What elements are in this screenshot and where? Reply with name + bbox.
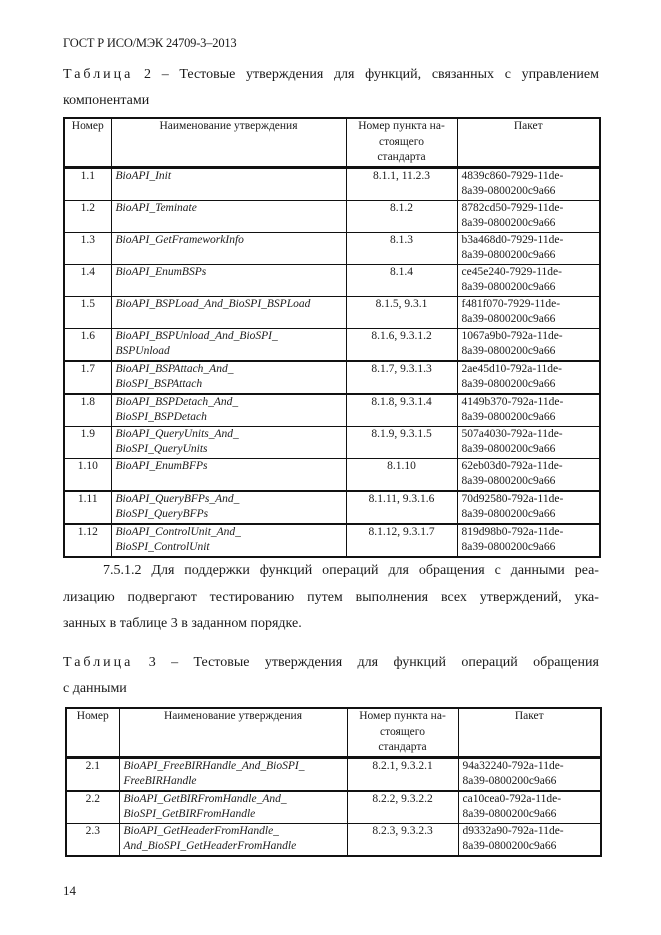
cell-assertion-name: BioAPI_GetHeaderFromHandle_And_BioSPI_Ge… bbox=[119, 823, 347, 856]
cell-package: 94a32240-792a-11de-8a39-0800200c9a66 bbox=[458, 757, 601, 791]
caption-word: для bbox=[334, 62, 355, 88]
cell-clause: 8.1.2 bbox=[346, 200, 457, 232]
word: функций bbox=[260, 558, 313, 585]
table-2-caption-line-2: компонентами bbox=[63, 88, 599, 114]
word: утверждений, bbox=[480, 585, 562, 612]
caption-word: для bbox=[358, 650, 379, 676]
table-row: 1.7BioAPI_BSPAttach_And_BioSPI_BSPAttach… bbox=[64, 361, 600, 394]
table-row: 1.3BioAPI_GetFrameworkInfo8.1.3b3a468d0-… bbox=[64, 232, 600, 264]
paragraph-7-5-1-2: 7.5.1.2Дляподдержкифункцийоперацийдляобр… bbox=[63, 558, 599, 638]
cell-number: 1.2 bbox=[64, 200, 111, 232]
col-header-number: Номер bbox=[64, 118, 111, 167]
col-header-package: Пакет bbox=[457, 118, 600, 167]
word: тестированию bbox=[210, 585, 295, 612]
table-row: 1.1BioAPI_Init8.1.1, 11.2.34839c860-7929… bbox=[64, 167, 600, 200]
word: подвергают bbox=[128, 585, 197, 612]
cell-number: 1.10 bbox=[64, 458, 111, 491]
table-row: 1.12BioAPI_ControlUnit_And_BioSPI_Contro… bbox=[64, 524, 600, 557]
cell-number: 1.11 bbox=[64, 491, 111, 524]
cell-assertion-name: BioAPI_QueryUnits_And_BioSPI_QueryUnits bbox=[111, 426, 346, 458]
cell-assertion-name: BioAPI_QueryBFPs_And_BioSPI_QueryBFPs bbox=[111, 491, 346, 524]
cell-number: 2.3 bbox=[66, 823, 119, 856]
caption-word: связанных bbox=[432, 62, 494, 88]
word: для bbox=[388, 558, 409, 585]
col-header-clause: Номер пункта на- стоящего стандарта bbox=[346, 118, 457, 167]
cell-clause: 8.1.7, 9.3.1.3 bbox=[346, 361, 457, 394]
cell-clause: 8.1.12, 9.3.1.7 bbox=[346, 524, 457, 557]
cell-assertion-name: BioAPI_BSPAttach_And_BioSPI_BSPAttach bbox=[111, 361, 346, 394]
cell-assertion-name: BioAPI_BSPDetach_And_BioSPI_BSPDetach bbox=[111, 394, 346, 427]
caption-label: Таблица bbox=[63, 650, 133, 676]
cell-package: 2ae45d10-792a-11de-8a39-0800200c9a66 bbox=[457, 361, 600, 394]
cell-package: ce45e240-7929-11de-8a39-0800200c9a66 bbox=[457, 264, 600, 296]
word: выполнения bbox=[356, 585, 428, 612]
paragraph-line-2: лизациюподвергаюттестированиюпутемвыполн… bbox=[63, 585, 599, 612]
table-3: Номер Наименование утверждения Номер пун… bbox=[65, 707, 602, 857]
cell-number: 2.2 bbox=[66, 791, 119, 824]
cell-package: 70d92580-792a-11de-8a39-0800200c9a66 bbox=[457, 491, 600, 524]
caption-word: утверждения bbox=[246, 62, 323, 88]
cell-clause: 8.1.1, 11.2.3 bbox=[346, 167, 457, 200]
cell-clause: 8.2.1, 9.3.2.1 bbox=[347, 757, 458, 791]
cell-clause: 8.1.3 bbox=[346, 232, 457, 264]
cell-package: 819d98b0-792a-11de-8a39-0800200c9a66 bbox=[457, 524, 600, 557]
caption-number: 3 bbox=[149, 650, 156, 676]
table-3-header-row: Номер Наименование утверждения Номер пун… bbox=[66, 708, 601, 757]
word: путем bbox=[307, 585, 343, 612]
col-header-number: Номер bbox=[66, 708, 119, 757]
cell-package: d9332a90-792a-11de-8a39-0800200c9a66 bbox=[458, 823, 601, 856]
cell-assertion-name: BioAPI_Teminate bbox=[111, 200, 346, 232]
table-2-caption-line-1: Таблица2–Тестовыеутверждениядляфункций,с… bbox=[63, 62, 599, 88]
table-row: 2.3BioAPI_GetHeaderFromHandle_And_BioSPI… bbox=[66, 823, 601, 856]
caption-word: операций bbox=[461, 650, 517, 676]
table-row: 1.5BioAPI_BSPLoad_And_BioSPI_BSPLoad8.1.… bbox=[64, 296, 600, 328]
word: 7.5.1.2 bbox=[103, 558, 142, 585]
table-3-caption-line-2: с данными bbox=[63, 676, 599, 702]
table-row: 1.2BioAPI_Teminate8.1.28782cd50-7929-11d… bbox=[64, 200, 600, 232]
word: данными bbox=[511, 558, 565, 585]
word: обращения bbox=[419, 558, 485, 585]
caption-number: 2 bbox=[144, 62, 151, 88]
cell-assertion-name: BioAPI_EnumBFPs bbox=[111, 458, 346, 491]
caption-label: Таблица bbox=[63, 62, 133, 88]
cell-number: 1.3 bbox=[64, 232, 111, 264]
col-header-clause: Номер пункта на- стоящего стандарта bbox=[347, 708, 458, 757]
table-row: 1.11BioAPI_QueryBFPs_And_BioSPI_QueryBFP… bbox=[64, 491, 600, 524]
word: лизацию bbox=[63, 585, 115, 612]
table-3-caption: Таблица3–Тестовыеутверждениядляфункцийоп… bbox=[63, 650, 599, 702]
word: операций bbox=[322, 558, 378, 585]
cell-package: 507a4030-792a-11de-8a39-0800200c9a66 bbox=[457, 426, 600, 458]
caption-word: управлением bbox=[522, 62, 599, 88]
paragraph-line-3: занных в таблице 3 в заданном порядке. bbox=[63, 611, 599, 638]
table-row: 1.8BioAPI_BSPDetach_And_BioSPI_BSPDetach… bbox=[64, 394, 600, 427]
cell-package: 8782cd50-7929-11de-8a39-0800200c9a66 bbox=[457, 200, 600, 232]
cell-number: 1.5 bbox=[64, 296, 111, 328]
cell-package: b3a468d0-7929-11de-8a39-0800200c9a66 bbox=[457, 232, 600, 264]
cell-number: 1.1 bbox=[64, 167, 111, 200]
caption-word: Тестовые bbox=[179, 62, 235, 88]
cell-clause: 8.1.10 bbox=[346, 458, 457, 491]
caption-word: функций bbox=[393, 650, 446, 676]
cell-assertion-name: BioAPI_BSPLoad_And_BioSPI_BSPLoad bbox=[111, 296, 346, 328]
cell-clause: 8.1.5, 9.3.1 bbox=[346, 296, 457, 328]
word: всех bbox=[441, 585, 467, 612]
table-3-caption-line-1: Таблица3–Тестовыеутверждениядляфункцийоп… bbox=[63, 650, 599, 676]
cell-clause: 8.1.6, 9.3.1.2 bbox=[346, 328, 457, 361]
word: с bbox=[495, 558, 501, 585]
col-header-name: Наименование утверждения bbox=[119, 708, 347, 757]
cell-number: 2.1 bbox=[66, 757, 119, 791]
table-row: 2.2BioAPI_GetBIRFromHandle_And_BioSPI_Ge… bbox=[66, 791, 601, 824]
col-header-name: Наименование утверждения bbox=[111, 118, 346, 167]
cell-clause: 8.1.9, 9.3.1.5 bbox=[346, 426, 457, 458]
cell-assertion-name: BioAPI_EnumBSPs bbox=[111, 264, 346, 296]
cell-number: 1.7 bbox=[64, 361, 111, 394]
word: поддержки bbox=[184, 558, 250, 585]
document-header: ГОСТ Р ИСО/МЭК 24709-3–2013 bbox=[63, 36, 236, 51]
cell-package: f481f070-7929-11de-8a39-0800200c9a66 bbox=[457, 296, 600, 328]
paragraph-line-1: 7.5.1.2Дляподдержкифункцийоперацийдляобр… bbox=[63, 558, 599, 585]
cell-assertion-name: BioAPI_GetFrameworkInfo bbox=[111, 232, 346, 264]
caption-word: обращения bbox=[533, 650, 599, 676]
cell-package: 4149b370-792a-11de-8a39-0800200c9a66 bbox=[457, 394, 600, 427]
caption-word: – bbox=[171, 650, 178, 676]
cell-clause: 8.1.4 bbox=[346, 264, 457, 296]
cell-number: 1.12 bbox=[64, 524, 111, 557]
cell-clause: 8.2.3, 9.3.2.3 bbox=[347, 823, 458, 856]
cell-package: 62eb03d0-792a-11de-8a39-0800200c9a66 bbox=[457, 458, 600, 491]
table-row: 1.6BioAPI_BSPUnload_And_BioSPI_BSPUnload… bbox=[64, 328, 600, 361]
table-row: 1.10BioAPI_EnumBFPs8.1.1062eb03d0-792a-1… bbox=[64, 458, 600, 491]
cell-clause: 8.2.2, 9.3.2.2 bbox=[347, 791, 458, 824]
table-2: Номер Наименование утверждения Номер пун… bbox=[63, 117, 601, 558]
cell-assertion-name: BioAPI_FreeBIRHandle_And_BioSPI_FreeBIRH… bbox=[119, 757, 347, 791]
caption-word: функций, bbox=[365, 62, 421, 88]
cell-package: 1067a9b0-792a-11de-8a39-0800200c9a66 bbox=[457, 328, 600, 361]
col-header-package: Пакет bbox=[458, 708, 601, 757]
cell-number: 1.9 bbox=[64, 426, 111, 458]
table-2-caption: Таблица2–Тестовыеутверждениядляфункций,с… bbox=[63, 62, 599, 114]
caption-word: – bbox=[162, 62, 169, 88]
table-row: 1.4BioAPI_EnumBSPs8.1.4ce45e240-7929-11d… bbox=[64, 264, 600, 296]
cell-package: 4839c860-7929-11de-8a39-0800200c9a66 bbox=[457, 167, 600, 200]
table-row: 1.9BioAPI_QueryUnits_And_BioSPI_QueryUni… bbox=[64, 426, 600, 458]
caption-word: Тестовые bbox=[194, 650, 250, 676]
table-2-header-row: Номер Наименование утверждения Номер пун… bbox=[64, 118, 600, 167]
cell-clause: 8.1.8, 9.3.1.4 bbox=[346, 394, 457, 427]
caption-word: утверждения bbox=[265, 650, 342, 676]
cell-number: 1.4 bbox=[64, 264, 111, 296]
word: ука- bbox=[574, 585, 598, 612]
caption-word: с bbox=[505, 62, 511, 88]
cell-clause: 8.1.11, 9.3.1.6 bbox=[346, 491, 457, 524]
word: реа- bbox=[575, 558, 599, 585]
page-number: 14 bbox=[63, 883, 76, 899]
cell-assertion-name: BioAPI_BSPUnload_And_BioSPI_BSPUnload bbox=[111, 328, 346, 361]
cell-assertion-name: BioAPI_GetBIRFromHandle_And_BioSPI_GetBI… bbox=[119, 791, 347, 824]
word: Для bbox=[151, 558, 174, 585]
cell-number: 1.8 bbox=[64, 394, 111, 427]
cell-assertion-name: BioAPI_ControlUnit_And_BioSPI_ControlUni… bbox=[111, 524, 346, 557]
table-row: 2.1BioAPI_FreeBIRHandle_And_BioSPI_FreeB… bbox=[66, 757, 601, 791]
cell-number: 1.6 bbox=[64, 328, 111, 361]
cell-assertion-name: BioAPI_Init bbox=[111, 167, 346, 200]
cell-package: ca10cea0-792a-11de-8a39-0800200c9a66 bbox=[458, 791, 601, 824]
